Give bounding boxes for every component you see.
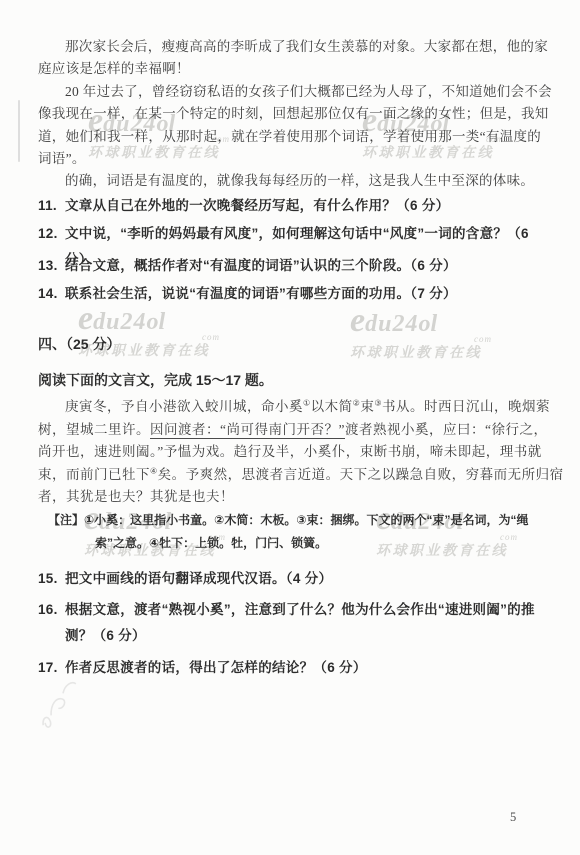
classical-text: 庚寅冬，予自小港欲入蛟川城，命小奚 (65, 399, 303, 414)
question-number: 15. (38, 566, 65, 592)
modern-passage: 那次家长会后，瘦瘦高高的李昕成了我们女生羡慕的对象。大家都在想，他的家 庭应该是… (38, 36, 550, 193)
classical-line-5: 者，其犹是也夫？其犹是也夫！ (38, 486, 550, 509)
question-text-line-2: 测？（6 分） (65, 623, 550, 649)
classical-passage: 庚寅冬，予自小港欲入蛟川城，命小奚①以木简②束③书从。时西日沉山，晚烟萦 树，望… (38, 396, 550, 509)
passage-line: 那次家长会后，瘦瘦高高的李昕成了我们女生羡慕的对象。大家都在想，他的家 (38, 36, 550, 58)
classical-line-2: 树，望城二里许。因问渡者：“尚可得南门开否？”渡者熟视小奚，应曰：“徐行之， (38, 419, 550, 442)
passage-line: 20 年过去了，曾经窃窃私语的女孩子们大概都已经为人母了，不知道她们会不会 (38, 81, 550, 103)
footnote-line-2: 索”之意。④牡下：上锁。牡，门闩、锁簧。 (48, 532, 550, 555)
question-16: 16. 根据文意，渡者“熟视小奚”，注意到了什么？他为什么会作出“速进则阖”的推… (38, 597, 550, 649)
question-text: 联系社会生活，说说“有温度的词语”有哪些方面的功用。（7 分） (65, 281, 550, 307)
question-text: 根据文意，渡者“熟视小奚”，注意到了什么？他为什么会作出“速进则阖”的推 测？（… (65, 597, 550, 649)
passage-line: 道，她们和我一样，从那时起，就在学着使用那个词语，学着使用那一类“有温度的 (38, 126, 550, 148)
question-number: 17. (38, 655, 65, 681)
question-text: 把文中画线的语句翻译成现代汉语。（4 分） (65, 566, 550, 592)
question-text: 作者反思渡者的话，得出了怎样的结论？（6 分） (65, 655, 550, 681)
section-four-heading: 四、（25 分） (38, 334, 550, 354)
question-number: 11. (38, 193, 65, 219)
question-15: 15. 把文中画线的语句翻译成现代汉语。（4 分） (38, 566, 550, 592)
watermark-logo-du24: du24 (93, 309, 146, 335)
classical-text: 束 (360, 399, 374, 414)
classical-text: 束，而前门已牡下 (38, 467, 150, 482)
classical-line-4: 束，而前门已牡下④矣。予爽然，思渡者言近道。天下之以躁急自败，穷暮而无所归宿 (38, 464, 550, 487)
question-14: 14. 联系社会生活，说说“有温度的词语”有哪些方面的功用。（7 分） (38, 281, 550, 307)
question-number: 14. (38, 281, 65, 307)
classical-text: 矣。予爽然，思渡者言近道。天下之以躁急自败，穷暮而无所归宿 (158, 467, 564, 482)
classical-text: 书从。时西日沉山，晚烟萦 (382, 399, 550, 414)
question-text: 文章从自己在外地的一次晚餐经历写起，有什么作用？（6 分） (65, 193, 550, 219)
faint-scribble-artifact (26, 673, 99, 740)
question-text: 结合文意，概括作者对“有温度的词语”认识的三个阶段。（6 分） (65, 253, 550, 279)
watermark-logo-ol: ol (146, 309, 165, 335)
question-number: 13. (38, 253, 65, 279)
passage-line: 词语”。 (38, 148, 550, 170)
scribble-svg (26, 673, 96, 736)
passage-line: 的确，词语是有温度的，就像我每每经历的一样，这是我人生中至深的体味。 (38, 170, 550, 192)
classical-line-1: 庚寅冬，予自小港欲入蛟川城，命小奚①以木简②束③书从。时西日沉山，晚烟萦 (38, 396, 550, 419)
classical-text: 树，望城二里许。 (38, 422, 150, 437)
footnote-line-1: 【注】①小奚：这里指小书童。②木简：木板。③束：捆绑。下文的两个“束”是名词，为… (48, 509, 550, 532)
footnotes-block: 【注】①小奚：这里指小书童。②木简：木板。③束：捆绑。下文的两个“束”是名词，为… (48, 509, 550, 555)
footnote-marker-3: ③ (374, 399, 382, 408)
passage-line: 像我现在一样，在某一个特定的时刻，回想起那位仅有一面之缘的女性；但是，我知 (38, 103, 550, 125)
underlined-sentence: 因问渡者：“尚可得南门开否？” (150, 422, 345, 439)
classical-reading-instruction: 阅读下面的文言文，完成 15～17 题。 (38, 370, 550, 390)
question-text-line-1: 根据文意，渡者“熟视小奚”，注意到了什么？他为什么会作出“速进则阖”的推 (65, 597, 550, 623)
classical-line-3: 尚开也，速进则阖。”予愠为戏。趋行及半，小奚仆，束断书崩，啼未即起，理书就 (38, 441, 550, 464)
question-17: 17. 作者反思渡者的话，得出了怎样的结论？（6 分） (38, 655, 550, 681)
passage-line: 庭应该是怎样的幸福啊！ (38, 58, 550, 80)
question-11: 11. 文章从自己在外地的一次晚餐经历写起，有什么作用？（6 分） (38, 193, 550, 219)
classical-text: 渡者熟视小奚，应曰：“徐行之， (345, 422, 548, 437)
footnote-marker-4: ④ (150, 466, 158, 475)
question-number: 16. (38, 597, 65, 649)
scan-edge-artifact (18, 100, 20, 162)
classical-text: 以木简 (311, 399, 353, 414)
question-13: 13. 结合文意，概括作者对“有温度的词语”认识的三个阶段。（6 分） (38, 253, 550, 279)
footnote-marker-1: ① (303, 399, 311, 408)
scanned-exam-page: edu24olcom 环球职业教育在线 edu24olcom 环球职业教育在线 … (0, 0, 580, 855)
page-number: 5 (510, 810, 516, 825)
